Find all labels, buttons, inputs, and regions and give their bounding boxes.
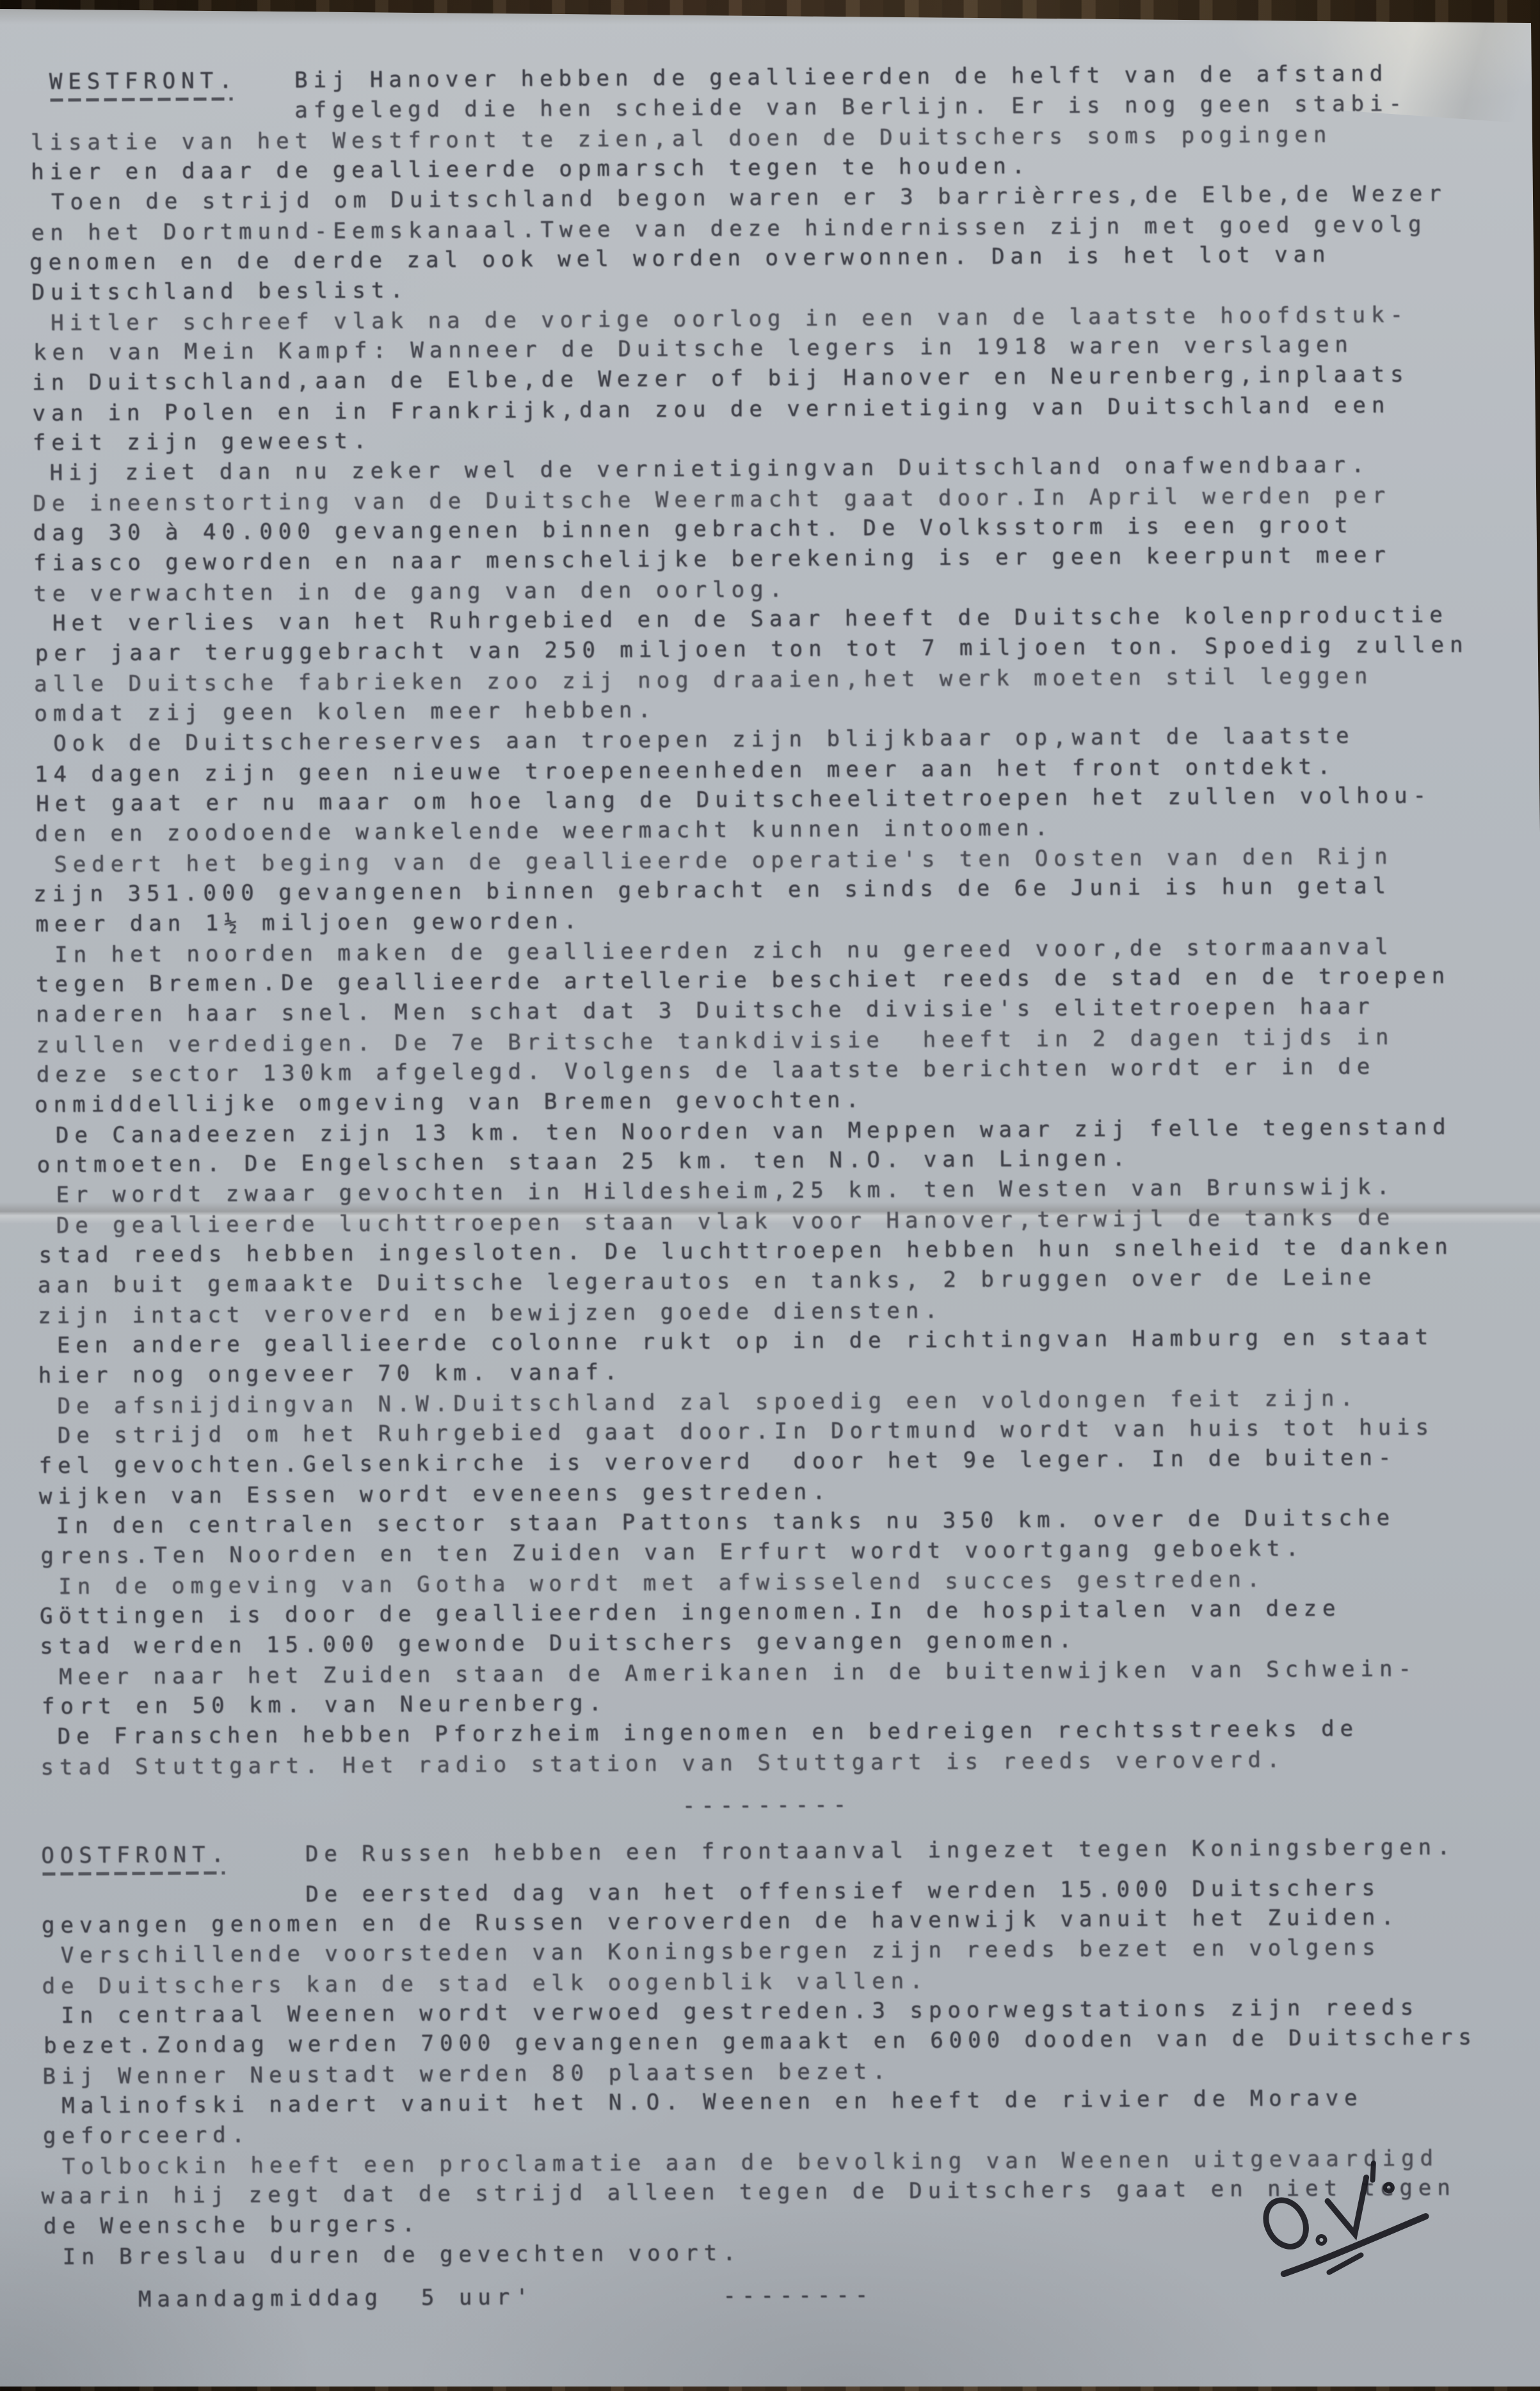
section-heading: OOSTFRONT. [41,1842,230,1869]
typewritten-text: WESTFRONT. Bij Hanover hebben de geallie… [0,0,1540,2387]
photo-background: WESTFRONT. Bij Hanover hebben de geallie… [0,0,1540,2387]
document-page: WESTFRONT. Bij Hanover hebben de geallie… [0,0,1540,2387]
period-dot2 [1384,2183,1393,2192]
period-dot [1317,2235,1326,2244]
initial-v [1325,2177,1376,2237]
text-line: OOSTFRONT. De Russen hebben een frontaan… [41,1832,1540,1871]
pen-flick [1370,2163,1376,2180]
text-line: --------- [41,1786,1540,1825]
initial-o [1258,2193,1314,2253]
section-heading: WESTFRONT. [49,68,238,95]
